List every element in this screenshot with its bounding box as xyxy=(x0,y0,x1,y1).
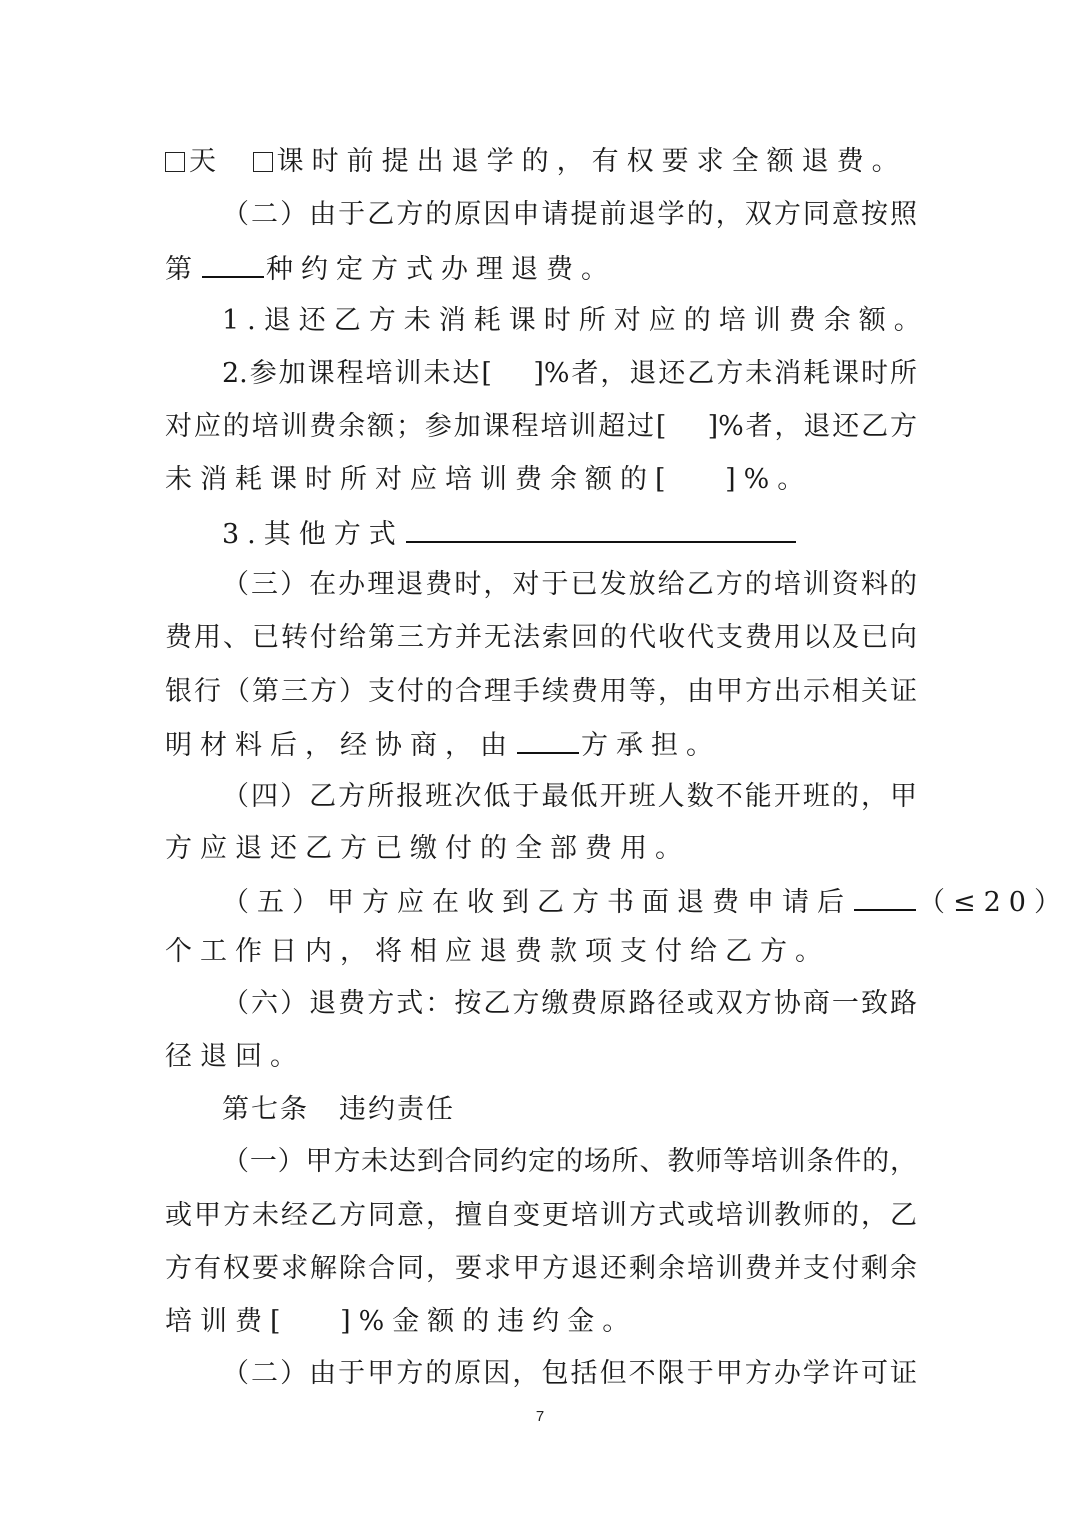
line-1-text: 课时前提出退学的，有权要求全额退费。 xyxy=(277,146,907,177)
article-title: 违约责任 xyxy=(339,1094,455,1125)
line-15-suffix: （≤20） xyxy=(918,887,1069,918)
checkbox-days-icon[interactable] xyxy=(165,152,185,172)
line-12-prefix: 明材料后，经协商，由 xyxy=(165,730,515,761)
clause-6-2-line-2: 第种约定方式办理退费。 xyxy=(165,248,917,288)
bearing-party-blank[interactable] xyxy=(517,724,579,754)
clause-7-1-line-3: 方有权要求解除合同，要求甲方退还剩余培训费并支付剩余 xyxy=(165,1249,917,1289)
clause-6-4-line-2: 方应退还乙方已缴付的全部费用。 xyxy=(165,829,917,869)
clause-6-6-line-1: （六）退费方式：按乙方缴费原路径或双方协商一致路 xyxy=(222,984,917,1024)
clause-6-3-line-4: 明材料后，经协商，由方承担。 xyxy=(165,724,917,764)
clause-6-6-line-2: 径退回。 xyxy=(165,1037,917,1077)
line-3-suffix: 种约定方式办理退费。 xyxy=(266,254,616,285)
clause-6-3-line-2: 费用、已转付给第三方并无法索回的代收代支费用以及已向 xyxy=(165,618,917,658)
other-method-label: 3.其他方式 xyxy=(222,519,404,550)
method-number-blank[interactable] xyxy=(202,248,264,278)
other-method-blank[interactable] xyxy=(406,513,796,543)
clause-6-4-line-1: （四）乙方所报班次低于最低开班人数不能开班的，甲 xyxy=(222,777,917,817)
workdays-blank[interactable] xyxy=(854,881,916,911)
clause-6-5-line-1: （五）甲方应在收到乙方书面退费申请后（≤20） xyxy=(222,881,917,921)
page-number: 7 xyxy=(0,1408,1080,1425)
document-page: 天 课时前提出退学的，有权要求全额退费。 （二）由于乙方的原因申请提前退学的，双… xyxy=(0,0,1080,1527)
refund-option-3: 3.其他方式 xyxy=(222,513,917,553)
line-15-prefix: （五）甲方应在收到乙方书面退费申请后 xyxy=(222,887,852,918)
article-number: 第七条 xyxy=(222,1094,309,1125)
line-12-suffix: 方承担。 xyxy=(581,730,721,761)
checkbox-class-hours-icon[interactable] xyxy=(253,152,273,172)
clause-7-1-line-2: 或甲方未经乙方同意，擅自变更培训方式或培训教师的，乙 xyxy=(165,1196,917,1236)
clause-6-2-line-1: （二）由于乙方的原因申请提前退学的，双方同意按照 xyxy=(222,195,917,235)
clause-7-1-line-1: （一）甲方未达到合同约定的场所、教师等培训条件的， xyxy=(222,1142,917,1182)
text-line-1: 天 课时前提出退学的，有权要求全额退费。 xyxy=(165,142,917,182)
clause-7-1-line-4: 培训费[ ]%金额的违约金。 xyxy=(165,1302,917,1342)
clause-6-3-line-3: 银行（第三方）支付的合理手续费用等，由甲方出示相关证 xyxy=(165,672,917,712)
clause-6-3-line-1: （三）在办理退费时，对于已发放给乙方的培训资料的 xyxy=(222,565,917,605)
clause-6-5-line-2: 个工作日内，将相应退费款项支付给乙方。 xyxy=(165,932,917,972)
days-label: 天 xyxy=(189,146,224,177)
article-7-heading: 第七条违约责任 xyxy=(222,1090,917,1130)
line-3-prefix: 第 xyxy=(165,254,200,285)
refund-option-1: 1.退还乙方未消耗课时所对应的培训费余额。 xyxy=(222,301,917,341)
refund-option-2-line-2: 对应的培训费余额；参加课程培训超过[ ]%者，退还乙方 xyxy=(165,407,917,447)
clause-7-2-line-1: （二）由于甲方的原因，包括但不限于甲方办学许可证 xyxy=(222,1354,917,1394)
refund-option-2-line-1: 2.参加课程培训未达[ ]%者，退还乙方未消耗课时所 xyxy=(222,354,917,394)
refund-option-2-line-3: 未消耗课时所对应培训费余额的[ ]%。 xyxy=(165,460,917,500)
